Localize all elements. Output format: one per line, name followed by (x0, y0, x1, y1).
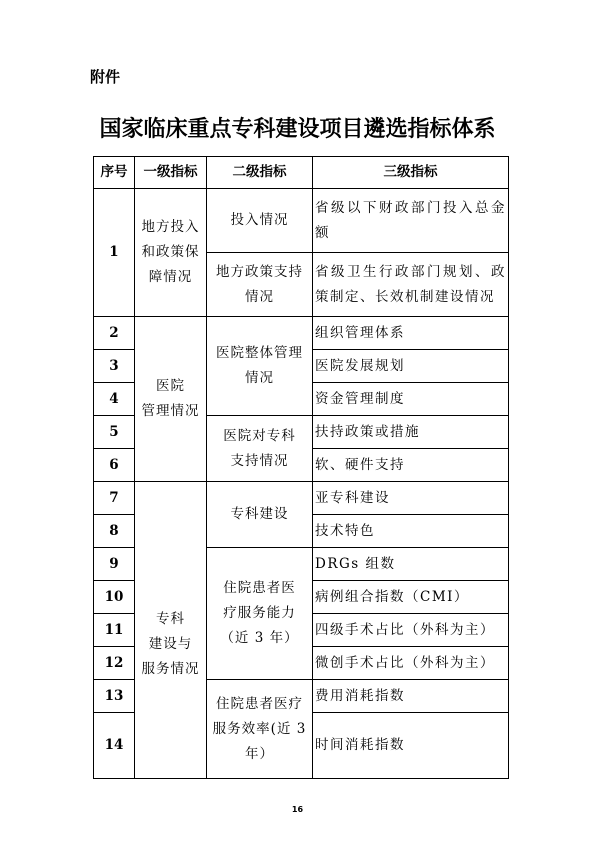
document-title: 国家临床重点专科建设项目遴选指标体系 (0, 112, 595, 143)
row-number: 4 (94, 383, 135, 416)
level3-cell: 亚专科建设 (313, 482, 509, 515)
level3-cell: 四级手术占比（外科为主） (313, 614, 509, 647)
header-level3: 三级指标 (313, 157, 509, 189)
cell-line: 地方投入 (137, 215, 204, 240)
cell-line: 支持情况 (209, 449, 310, 474)
row-number: 14 (94, 713, 135, 779)
level3-cell: 省级以下财政部门投入总金额 (313, 189, 509, 253)
table-row: 7 专科 建设与 服务情况 专科建设 亚专科建设 (94, 482, 509, 515)
cell-line: 障情况 (137, 265, 204, 290)
cell-line: 建设与 (137, 632, 204, 657)
level3-cell: 扶持政策或措施 (313, 416, 509, 449)
row-number: 8 (94, 515, 135, 548)
table-header-row: 序号 一级指标 二级指标 三级指标 (94, 157, 509, 189)
level3-cell: 组织管理体系 (313, 317, 509, 350)
row-number: 7 (94, 482, 135, 515)
level3-cell: 微创手术占比（外科为主） (313, 647, 509, 680)
cell-line: 服务情况 (137, 657, 204, 682)
level3-cell: 费用消耗指数 (313, 680, 509, 713)
cell-line: 年） (209, 742, 310, 767)
row-number: 5 (94, 416, 135, 449)
cell-line: 专科 (137, 607, 204, 632)
row-number: 10 (94, 581, 135, 614)
level2-cell: 医院整体管理 情况 (207, 317, 313, 416)
cell-line: 情况 (209, 366, 310, 391)
cell-line: （近 3 年） (209, 626, 310, 651)
level1-cell: 地方投入 和政策保 障情况 (135, 189, 207, 317)
row-number: 6 (94, 449, 135, 482)
cell-line: 医院 (137, 374, 204, 399)
cell-line: 医院整体管理 (209, 341, 310, 366)
level3-cell: 医院发展规划 (313, 350, 509, 383)
level2-cell: 投入情况 (207, 189, 313, 253)
level3-cell: 软、硬件支持 (313, 449, 509, 482)
level2-cell: 地方政策支持 情况 (207, 253, 313, 317)
level1-cell: 专科 建设与 服务情况 (135, 482, 207, 779)
cell-line: 投入情况 (209, 208, 310, 233)
indicator-table: 序号 一级指标 二级指标 三级指标 1 地方投入 和政策保 障情况 投入情况 省… (93, 156, 509, 779)
cell-line: 疗服务能力 (209, 601, 310, 626)
header-level1: 一级指标 (135, 157, 207, 189)
cell-line: 情况 (209, 285, 310, 310)
row-number: 2 (94, 317, 135, 350)
level3-cell: 技术特色 (313, 515, 509, 548)
table-row: 1 地方投入 和政策保 障情况 投入情况 省级以下财政部门投入总金额 (94, 189, 509, 253)
row-number: 12 (94, 647, 135, 680)
header-no: 序号 (94, 157, 135, 189)
level2-cell: 住院患者医 疗服务能力 （近 3 年） (207, 548, 313, 680)
cell-line: 管理情况 (137, 399, 204, 424)
cell-line: 地方政策支持 (209, 260, 310, 285)
level3-cell: 省级卫生行政部门规划、政策制定、长效机制建设情况 (313, 253, 509, 317)
page-number: 16 (0, 805, 595, 814)
level1-cell: 医院 管理情况 (135, 317, 207, 482)
row-number: 11 (94, 614, 135, 647)
table-row: 2 医院 管理情况 医院整体管理 情况 组织管理体系 (94, 317, 509, 350)
level2-cell: 住院患者医疗 服务效率(近 3 年） (207, 680, 313, 779)
cell-line: 专科建设 (209, 502, 310, 527)
header-level2: 二级指标 (207, 157, 313, 189)
cell-line: 医院对专科 (209, 424, 310, 449)
row-number: 13 (94, 680, 135, 713)
row-number: 9 (94, 548, 135, 581)
cell-line: 服务效率(近 3 (209, 717, 310, 742)
row-number: 3 (94, 350, 135, 383)
level3-cell: DRGs 组数 (313, 548, 509, 581)
level2-cell: 医院对专科 支持情况 (207, 416, 313, 482)
row-number: 1 (94, 189, 135, 317)
level3-cell: 时间消耗指数 (313, 713, 509, 779)
level3-cell: 资金管理制度 (313, 383, 509, 416)
cell-line: 住院患者医疗 (209, 692, 310, 717)
attachment-label: 附件 (90, 66, 120, 87)
cell-line: 住院患者医 (209, 576, 310, 601)
cell-line: 和政策保 (137, 240, 204, 265)
level2-cell: 专科建设 (207, 482, 313, 548)
level3-cell: 病例组合指数（CMI） (313, 581, 509, 614)
